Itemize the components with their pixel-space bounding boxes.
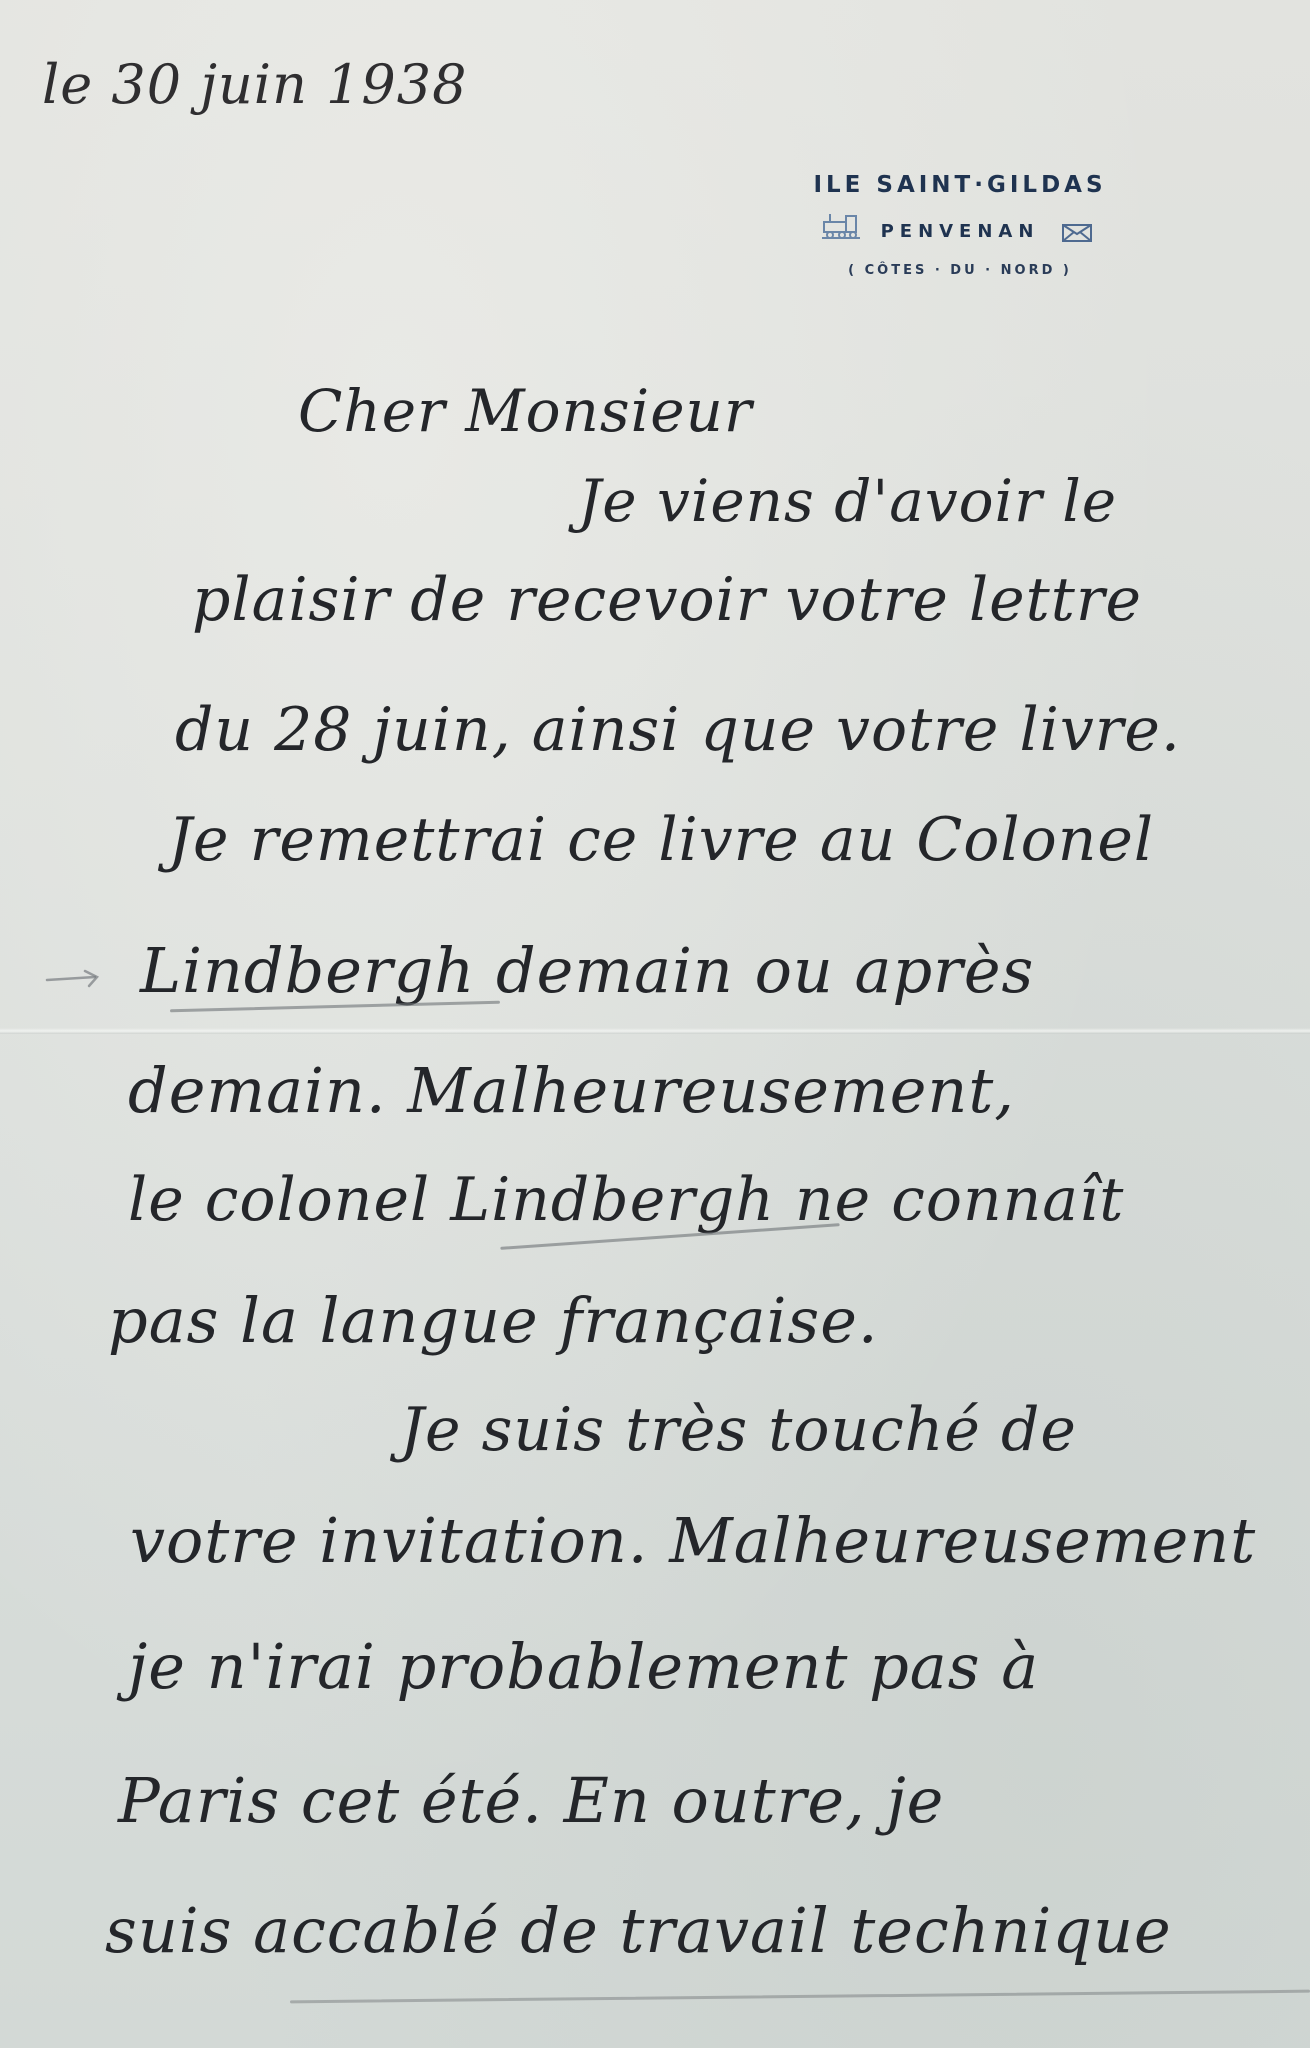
letterhead-region: ( CÔTES · DU · NORD ): [700, 263, 1220, 278]
letterhead-town: PENVENAN: [700, 221, 1220, 242]
body-line: Paris cet été. En outre, je: [118, 1770, 944, 1832]
body-line: votre invitation. Malheureusement: [130, 1510, 1256, 1572]
envelope-icon: [1062, 224, 1092, 242]
paper-fold-crease: [0, 1028, 1310, 1034]
body-line: pas la langue française.: [108, 1290, 879, 1352]
body-line: Lindbergh demain ou après: [140, 940, 1034, 1002]
salutation: Cher Monsieur: [298, 382, 753, 440]
body-line: Je viens d'avoir le: [578, 472, 1117, 530]
body-line: je n'irai probablement pas à: [128, 1636, 1039, 1698]
body-line: suis accablé de travail technique: [105, 1900, 1172, 1962]
letter-paper: [0, 0, 1310, 2048]
body-line: Je suis très touché de: [400, 1400, 1077, 1460]
body-line: demain. Malheureusement,: [128, 1060, 1015, 1122]
body-line: le colonel Lindbergh ne connaît: [128, 1170, 1124, 1230]
letterhead-title: ILE SAINT·GILDAS: [700, 172, 1220, 198]
body-line: plaisir de recevoir votre lettre: [192, 570, 1142, 630]
date-line: le 30 juin 1938: [42, 58, 467, 112]
body-line: du 28 juin, ainsi que votre livre.: [175, 700, 1181, 760]
body-line: Je remettrai ce livre au Colonel: [168, 810, 1154, 870]
margin-arrow-icon: [45, 968, 101, 988]
